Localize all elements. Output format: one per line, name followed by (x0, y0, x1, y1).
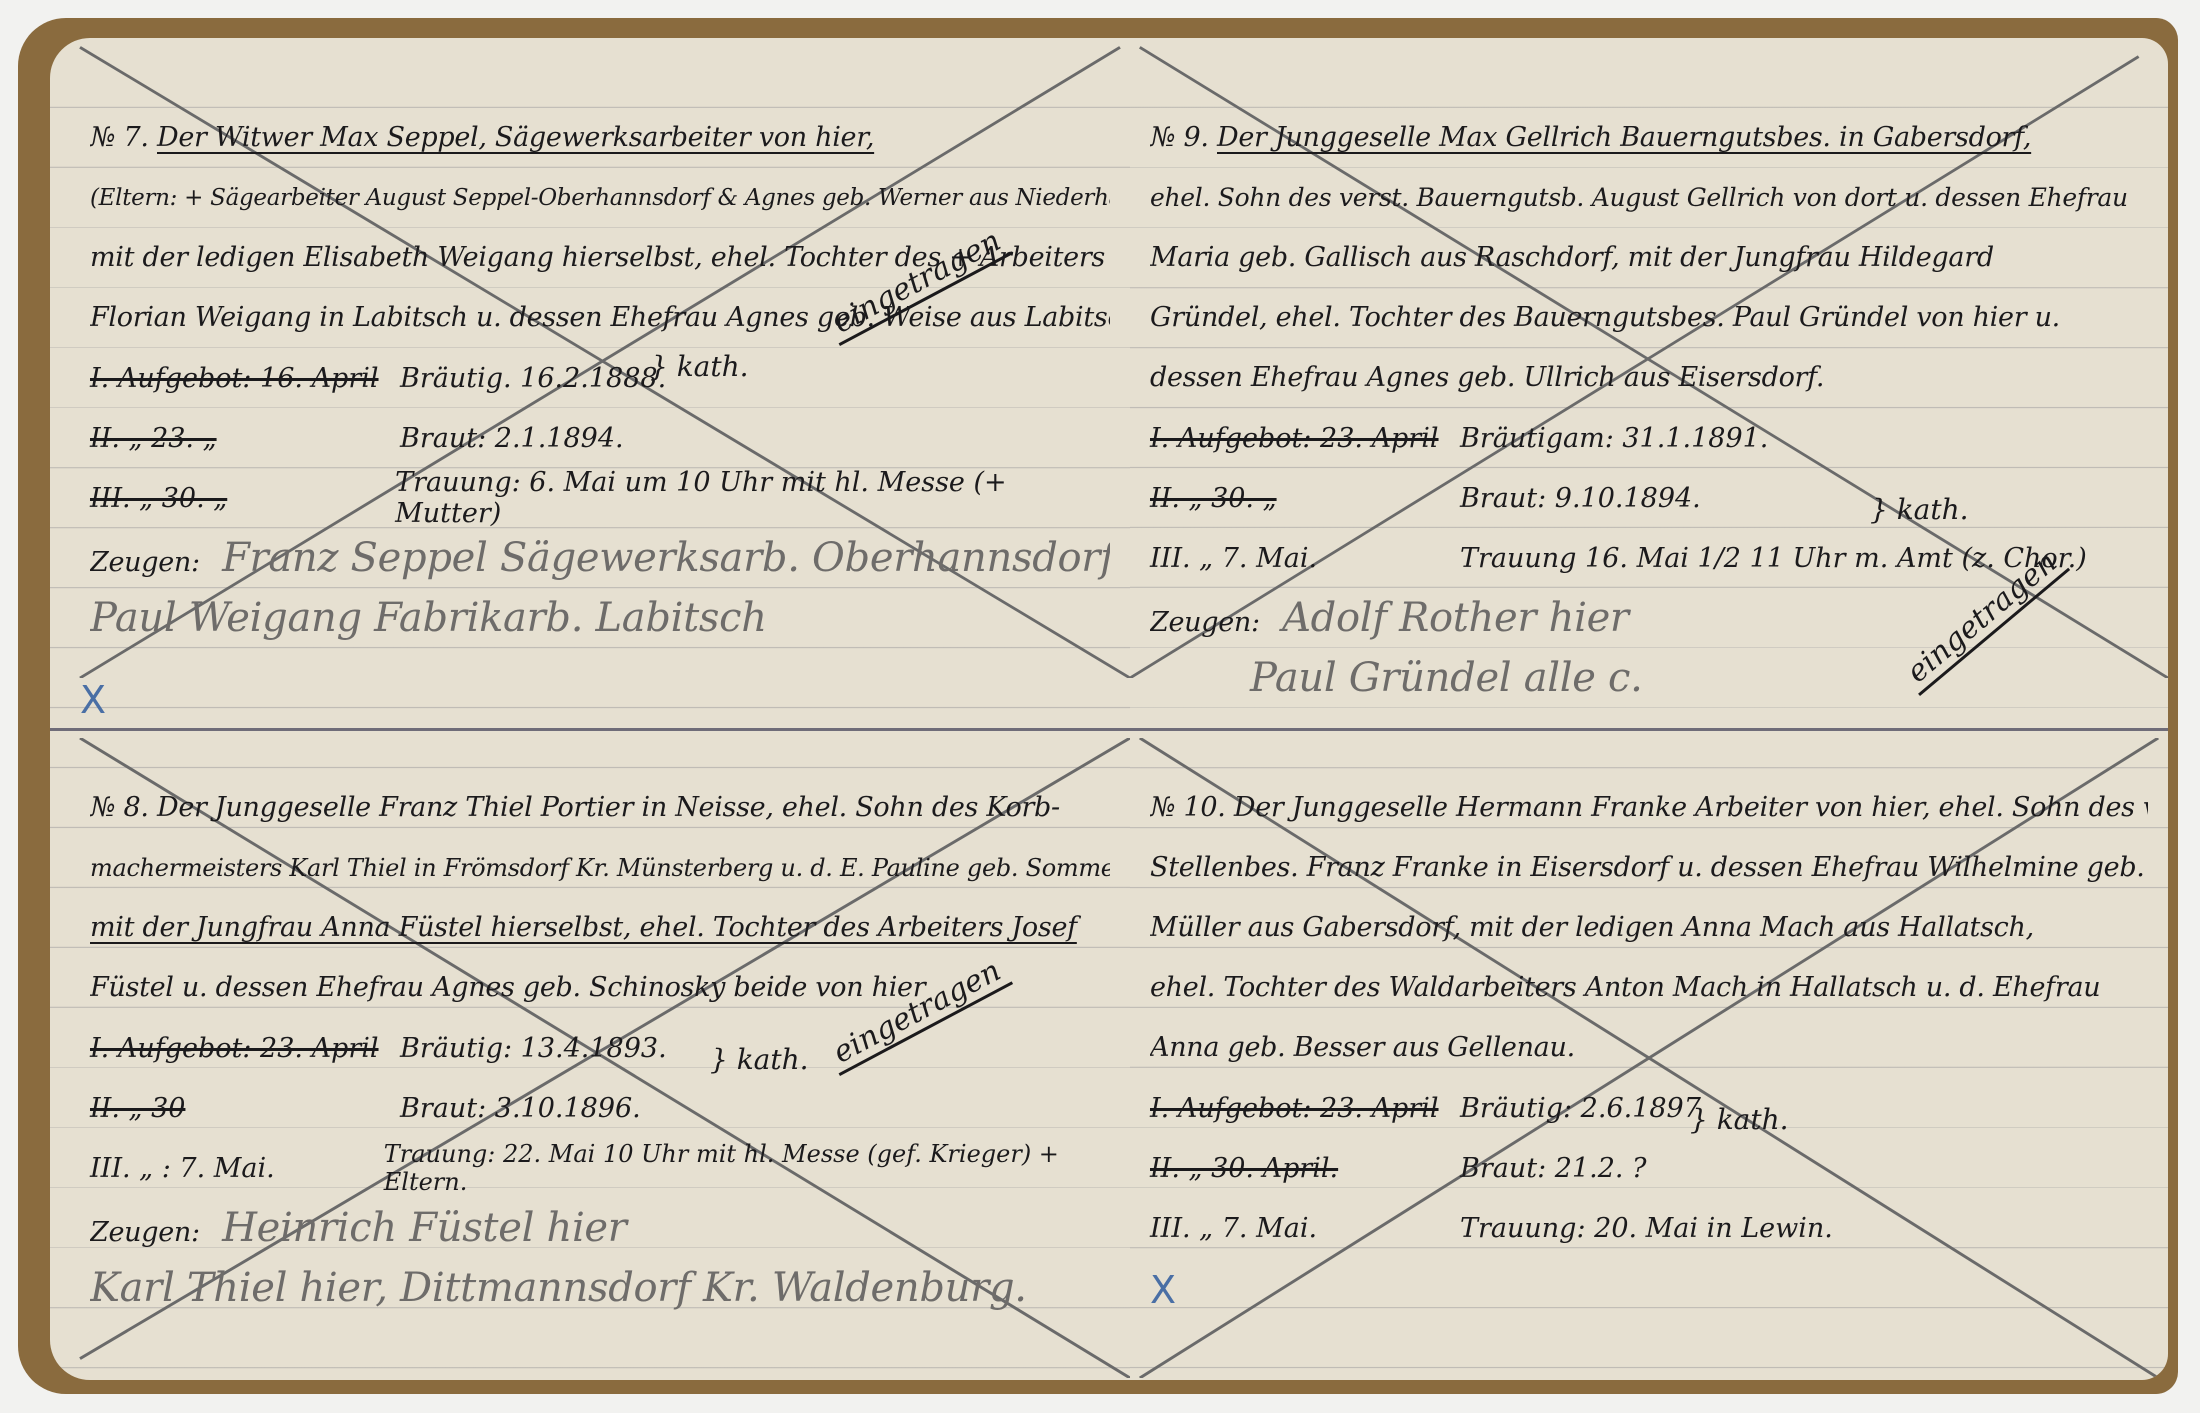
entry-line: Gründel, ehel. Tochter des Bauerngutsbes… (1150, 288, 2148, 348)
entry-8: № 8. Der Junggeselle Franz Thiel Portier… (50, 738, 1130, 1378)
entry-divider (50, 728, 1130, 731)
entry-10: № 10. Der Junggeselle Hermann Franke Arb… (1130, 738, 2168, 1378)
entry-number: № 9. (1150, 122, 1209, 153)
confession-note: } kath. (650, 350, 749, 383)
entry-line: Der Junggeselle Hermann Franke Arbeiter … (1234, 792, 2148, 823)
banns-value: Bräutigam: 31.1.1891. (1460, 423, 1768, 454)
entry-line: mit der Jungfrau Anna Füstel hierselbst,… (90, 898, 1110, 958)
entry-heading: № 8. Der Junggeselle Franz Thiel Portier… (90, 778, 1110, 838)
banns-row: II. „ 30. „ Braut: 9.10.1894. (1150, 468, 2148, 528)
banns-label: III. „ 30. „ (90, 483, 395, 514)
witness: Adolf Rother hier (1282, 595, 1629, 641)
banns-label: I. Aufgebot: 23. April (1150, 423, 1460, 454)
entry-number: № 10. (1150, 792, 1226, 823)
entry-line: Der Junggeselle Franz Thiel Portier in N… (157, 792, 1060, 823)
confession-note: } kath. (1690, 1103, 1789, 1136)
banns-label: III. „ 7. Mai. (1150, 1213, 1460, 1244)
banns-value: Bräutig. 16.2.1888. (400, 363, 666, 394)
banns-value: Braut: 9.10.1894. (1460, 483, 1701, 514)
witness: Paul Weigang Fabrikarb. Labitsch (90, 595, 767, 641)
witnesses-label: Zeugen: (90, 1217, 200, 1248)
witnesses-row: Paul Weigang Fabrikarb. Labitsch (90, 588, 1110, 648)
witnesses-row: Zeugen: Heinrich Füstel hier (90, 1198, 1110, 1258)
banns-label: II. „ 30. „ (1150, 483, 1460, 514)
banns-row: III. „ 30. „ Trauung: 6. Mai um 10 Uhr m… (90, 468, 1110, 528)
banns-value: Braut: 2.1.1894. (400, 423, 624, 454)
banns-value: Braut: 3.10.1896. (400, 1093, 641, 1124)
entry-number: № 7. (90, 122, 149, 153)
witness: Franz Seppel Sägewerksarb. Oberhannsdorf (222, 535, 1110, 581)
banns-label: III. „ 7. Mai. (1150, 543, 1460, 574)
banns-row: I. Aufgebot: 16. April Bräutig. 16.2.188… (90, 348, 1110, 408)
entry-line: Anna geb. Besser aus Gellenau. (1150, 1018, 2148, 1078)
banns-row: III. „ 7. Mai. Trauung: 20. Mai in Lewin… (1150, 1198, 2148, 1258)
banns-value: Trauung: 20. Mai in Lewin. (1460, 1213, 1833, 1244)
banns-row: I. Aufgebot: 23. April Bräutig: 2.6.1897 (1150, 1078, 2148, 1138)
entry-line: machermeisters Karl Thiel in Frömsdorf K… (90, 838, 1110, 898)
banns-value: Trauung 16. Mai 1/2 11 Uhr m. Amt (z. Ch… (1460, 543, 2087, 574)
banns-value: Bräutig: 2.6.1897 (1460, 1093, 1701, 1124)
banns-label: II. „ 30 (90, 1093, 400, 1124)
entry-line: dessen Ehefrau Agnes geb. Ullrich aus Ei… (1150, 348, 2148, 408)
entry-heading: № 10. Der Junggeselle Hermann Franke Arb… (1150, 778, 2148, 838)
entry-7: № 7. Der Witwer Max Seppel, Sägewerksarb… (50, 38, 1130, 678)
blue-check-mark-icon: X (80, 678, 106, 722)
banns-label: II. „ 23. „ (90, 423, 400, 454)
banns-label: I. Aufgebot: 23. April (90, 1033, 400, 1064)
entry-line: ehel. Sohn des verst. Bauerngutsb. Augus… (1150, 168, 2148, 228)
banns-label: II. „ 30. April. (1150, 1153, 1460, 1184)
entry-9: № 9. Der Junggeselle Max Gellrich Bauern… (1130, 38, 2168, 678)
entry-divider (1130, 728, 2168, 731)
banns-row: II. „ 30. April. Braut: 21.2. ? (1150, 1138, 2148, 1198)
confession-note: } kath. (710, 1043, 809, 1076)
banns-row: II. „ 23. „ Braut: 2.1.1894. (90, 408, 1110, 468)
witnesses-row: Karl Thiel hier, Dittmannsdorf Kr. Walde… (90, 1258, 1090, 1378)
witness: Heinrich Füstel hier (222, 1205, 627, 1251)
entry-line: Der Witwer Max Seppel, Sägewerksarbeiter… (157, 122, 874, 153)
left-page: № 7. Der Witwer Max Seppel, Sägewerksarb… (50, 38, 1130, 1380)
entry-line: Maria geb. Gallisch aus Raschdorf, mit d… (1150, 228, 2148, 288)
banns-value: Braut: 21.2. ? (1460, 1153, 1647, 1184)
banns-row: I. Aufgebot: 23. April Bräutigam: 31.1.1… (1150, 408, 2148, 468)
witnesses-row: Paul Gründel alle c. (1150, 648, 2148, 708)
blue-check-mark-icon: X (1150, 1268, 1176, 1312)
entry-heading: № 7. Der Witwer Max Seppel, Sägewerksarb… (90, 108, 1110, 168)
entry-line: ehel. Tochter des Waldarbeiters Anton Ma… (1150, 958, 2148, 1018)
banns-value: Trauung: 6. Mai um 10 Uhr mit hl. Messe … (395, 467, 1110, 529)
witness: Paul Gründel alle c. (1250, 655, 1643, 701)
witnesses-label: Zeugen: (90, 547, 200, 578)
entry-line: Stellenbes. Franz Franke in Eisersdorf u… (1150, 838, 2148, 898)
banns-label: I. Aufgebot: 16. April (90, 363, 400, 394)
witnesses-row: Zeugen: Franz Seppel Sägewerksarb. Oberh… (90, 528, 1110, 588)
entry-line: Der Junggeselle Max Gellrich Bauerngutsb… (1217, 122, 2031, 153)
witnesses-label: Zeugen: (1150, 607, 1260, 638)
entry-line: Florian Weigang in Labitsch u. dessen Eh… (90, 288, 1110, 348)
banns-label: I. Aufgebot: 23. April (1150, 1093, 1460, 1124)
confession-note: } kath. (1870, 493, 1969, 526)
banns-row: I. Aufgebot: 23. April Bräutig: 13.4.189… (90, 1018, 1110, 1078)
banns-label: III. „ : 7. Mai. (90, 1153, 384, 1184)
banns-row: II. „ 30 Braut: 3.10.1896. (90, 1078, 1110, 1138)
banns-row: III. „ : 7. Mai. Trauung: 22. Mai 10 Uhr… (90, 1138, 1110, 1198)
banns-value: Bräutig: 13.4.1893. (400, 1033, 667, 1064)
banns-value: Trauung: 22. Mai 10 Uhr mit hl. Messe (g… (384, 1140, 1110, 1196)
right-page: № 9. Der Junggeselle Max Gellrich Bauern… (1130, 38, 2168, 1380)
entry-number: № 8. (90, 792, 149, 823)
entry-heading: № 9. Der Junggeselle Max Gellrich Bauern… (1150, 108, 2148, 168)
entry-line: (Eltern: + Sägearbeiter August Seppel-Ob… (90, 168, 1110, 228)
notebook: № 7. Der Witwer Max Seppel, Sägewerksarb… (18, 18, 2178, 1394)
entry-line: Müller aus Gabersdorf, mit der ledigen A… (1150, 898, 2148, 958)
witness: Karl Thiel hier, Dittmannsdorf Kr. Walde… (90, 1265, 1027, 1311)
